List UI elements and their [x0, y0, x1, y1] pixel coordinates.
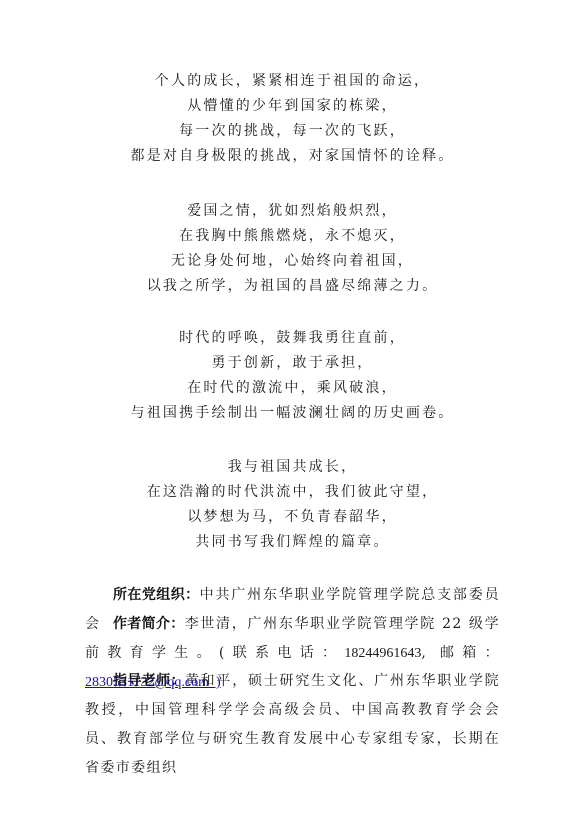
poem-line: 勇于创新，敢于承担，	[0, 351, 585, 376]
poem-line: 我与祖国共成长，	[0, 455, 585, 480]
organization-label: 所在党组织：	[113, 587, 200, 603]
poem-line: 个人的成长，紧紧相连于祖国的命运，	[0, 69, 585, 94]
poem-line: 都是对自身极限的挑战，对家国情怀的诠释。	[0, 144, 585, 169]
advisor-section: 指导老师：黄和平，硕士研究生文化、广州东华职业学院教授，中国管理科学学会高级会员…	[85, 667, 500, 783]
advisor-label: 指导老师：	[113, 673, 185, 689]
author-phone: 18244961643	[344, 646, 421, 661]
poem-line: 每一次的挑战，每一次的飞跃，	[0, 119, 585, 144]
poem-line: 共同书写我们辉煌的篇章。	[0, 530, 585, 555]
poem-line: 爱国之情，犹如烈焰般炽烈，	[0, 199, 585, 224]
author-email-prefix: , 邮箱：	[421, 645, 500, 661]
poem-line: 在时代的激流中，乘风破浪，	[0, 376, 585, 401]
poem-stanza-2: 爱国之情，犹如烈焰般炽烈， 在我胸中熊熊燃烧，永不熄灭， 无论身处何地，心始终向…	[0, 199, 585, 299]
poem-line: 无论身处何地，心始终向着祖国，	[0, 249, 585, 274]
poem-line: 时代的呼唤，鼓舞我勇往直前，	[0, 326, 585, 351]
poem-line: 与祖国携手绘制出一幅波澜壮阔的历史画卷。	[0, 401, 585, 426]
poem-stanza-3: 时代的呼唤，鼓舞我勇往直前， 勇于创新，敢于承担， 在时代的激流中，乘风破浪， …	[0, 326, 585, 426]
poem-line: 从懵懂的少年到国家的栋梁，	[0, 94, 585, 119]
poem-line: 以我之所学，为祖国的昌盛尽绵薄之力。	[0, 274, 585, 299]
poem-stanza-4: 我与祖国共成长， 在这浩瀚的时代洪流中，我们彼此守望， 以梦想为马，不负青春韶华…	[0, 455, 585, 555]
poem-line: 在我胸中熊熊燃烧，永不熄灭，	[0, 224, 585, 249]
poem-line: 以梦想为马，不负青春韶华，	[0, 505, 585, 530]
poem-stanza-1: 个人的成长，紧紧相连于祖国的命运， 从懵懂的少年到国家的栋梁， 每一次的挑战，每…	[0, 69, 585, 169]
poem-line: 在这浩瀚的时代洪流中，我们彼此守望，	[0, 480, 585, 505]
author-label: 作者简介：	[113, 616, 185, 632]
document-page: 个人的成长，紧紧相连于祖国的命运， 从懵懂的少年到国家的栋梁， 每一次的挑战，每…	[0, 0, 585, 826]
